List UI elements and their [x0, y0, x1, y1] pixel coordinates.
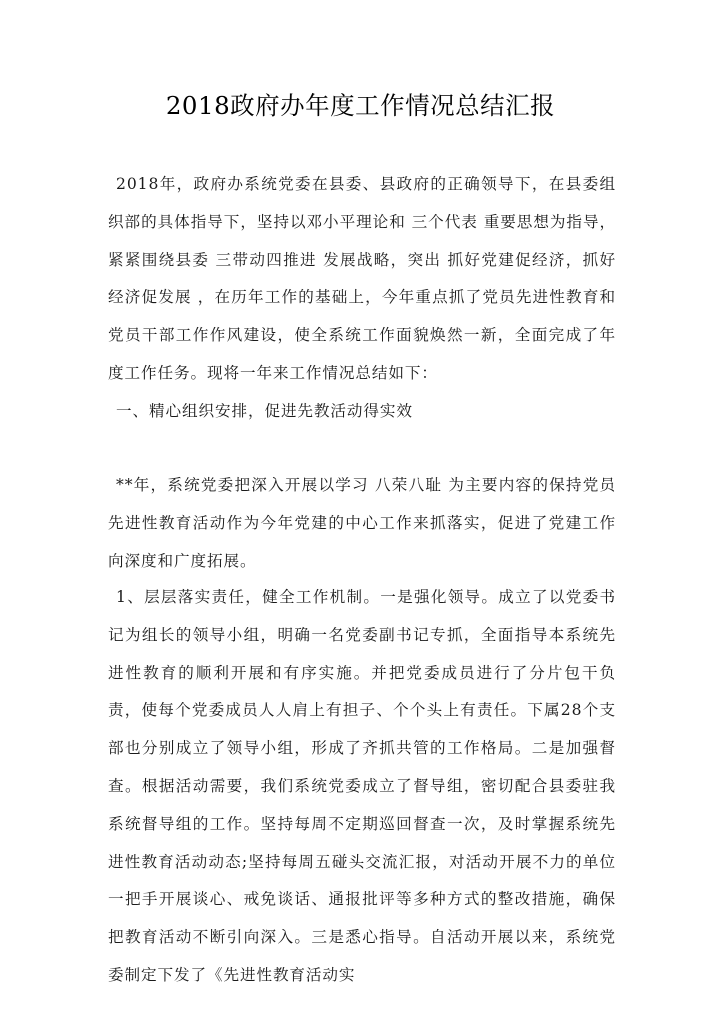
intro-paragraph: 2018年，政府办系统党委在县委、县政府的正确领导下，在县委组织部的具体指导下，… [108, 166, 616, 393]
document-page: 2018政府办年度工作情况总结汇报 2018年，政府办系统党委在县委、县政府的正… [0, 0, 721, 1020]
paragraph-text: **年，系统党委把深入开展以学习 八荣八耻 为主要内容的保持党员先进性教育活动作… [108, 467, 616, 580]
section-intro-paragraph: **年，系统党委把深入开展以学习 八荣八耻 为主要内容的保持党员先进性教育活动作… [108, 467, 616, 580]
section-heading: 一、精心组织安排，促进先教活动得实效 [108, 393, 616, 431]
subsection-paragraph: 1、层层落实责任，健全工作机制。一是强化领导。成立了以党委书记为组长的领导小组，… [108, 579, 616, 995]
paragraph-text: 2018年，政府办系统党委在县委、县政府的正确领导下，在县委组织部的具体指导下，… [108, 166, 616, 393]
document-title: 2018政府办年度工作情况总结汇报 [0, 88, 721, 124]
section-heading-text: 一、精心组织安排，促进先教活动得实效 [108, 393, 616, 431]
paragraph-text: 1、层层落实责任，健全工作机制。一是强化领导。成立了以党委书记为组长的领导小组，… [108, 579, 616, 995]
